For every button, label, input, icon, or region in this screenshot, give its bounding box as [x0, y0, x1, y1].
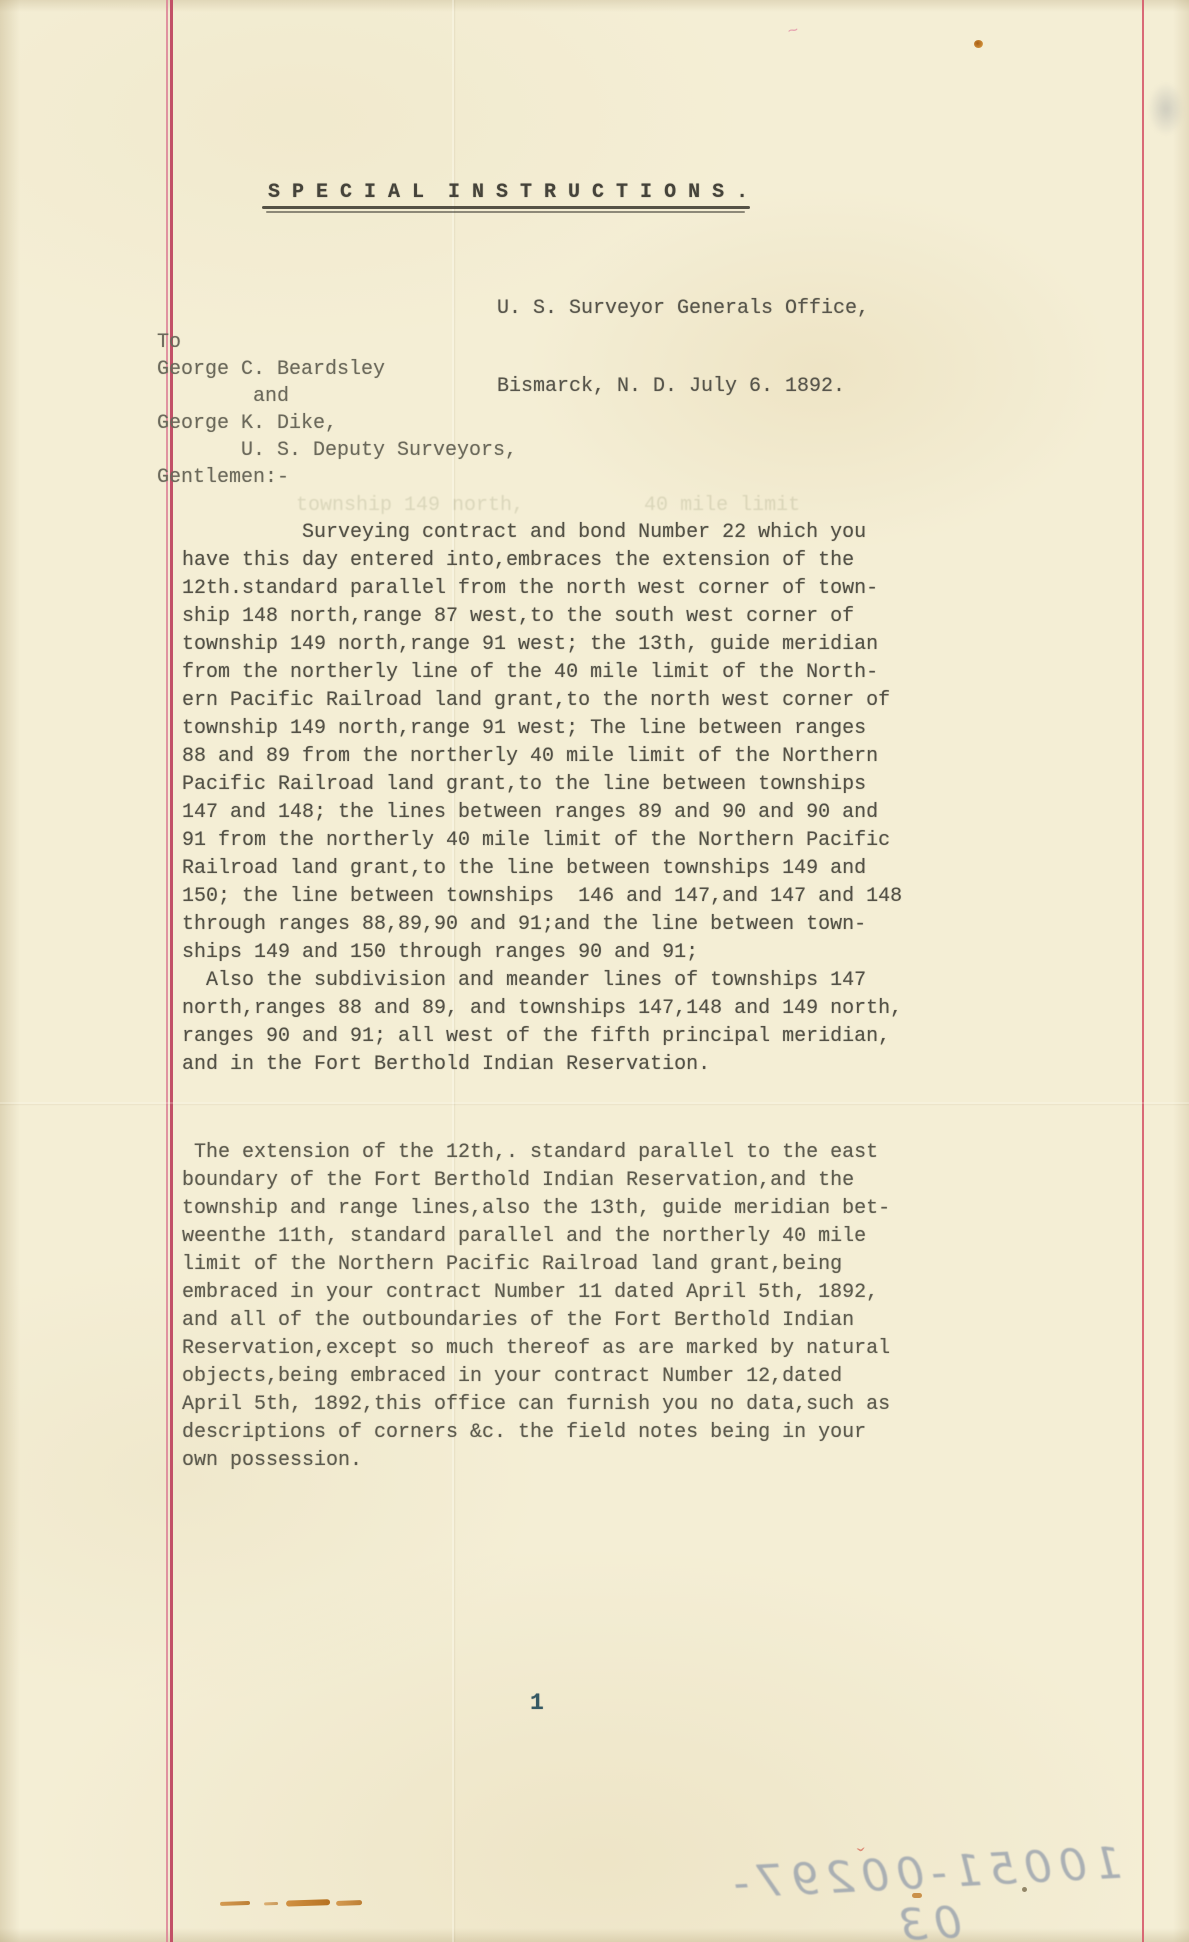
- text-line: Also the subdivision and meander lines o…: [182, 967, 902, 995]
- text-line: 12th.standard parallel from the north we…: [182, 575, 902, 603]
- rust-streak: [220, 1890, 390, 1912]
- text-line: 150; the line between townships 146 and …: [182, 883, 902, 911]
- text-line: boundary of the Fort Berthold Indian Res…: [182, 1167, 890, 1195]
- left-margin-rule-inner: [170, 0, 173, 1942]
- text-line: township 149 north,range 91 west; The li…: [182, 715, 902, 743]
- rust-streak-segment: [336, 1900, 362, 1906]
- text-line: Surveying contract and bond Number 22 wh…: [182, 519, 902, 547]
- text-line: Pacific Railroad land grant,to the line …: [182, 771, 902, 799]
- title-underline-second-stroke: [266, 211, 745, 213]
- ink-speck: [1022, 1887, 1027, 1892]
- bleed-through-ghost-text: township 149 north, 40 mile limit: [296, 494, 800, 517]
- text-line: ship 148 north,range 87 west,to the sout…: [182, 603, 902, 631]
- body-paragraph-2: The extension of the 12th,. standard par…: [182, 1139, 890, 1475]
- text-line: through ranges 88,89,90 and 91;and the l…: [182, 911, 902, 939]
- pink-mark: ~: [786, 21, 801, 43]
- text-line: north,ranges 88 and 89, and townships 14…: [182, 995, 902, 1023]
- text-line: The extension of the 12th,. standard par…: [182, 1139, 890, 1167]
- pink-check-mark: ˇ: [853, 1845, 871, 1874]
- text-line: 88 and 89 from the northerly 40 mile lim…: [182, 743, 902, 771]
- text-line: Reservation,except so much thereof as ar…: [182, 1335, 890, 1363]
- text-line: have this day entered into,embraces the …: [182, 547, 902, 575]
- text-line: Gentlemen:-: [157, 464, 517, 491]
- text-line: and all of the outboundaries of the Fort…: [182, 1307, 890, 1335]
- text-line: limit of the Northern Pacific Railroad l…: [182, 1251, 890, 1279]
- rust-streak-segment: [220, 1901, 250, 1906]
- mirrored-handwritten-number: 10051-00297-03: [698, 1836, 1152, 1939]
- left-margin-rule-outer: [166, 0, 168, 1942]
- text-line: township and range lines,also the 13th, …: [182, 1195, 890, 1223]
- document-title: S P E C I A L I N S T R U C T I O N S .: [268, 181, 748, 204]
- text-line: Railroad land grant,to the line between …: [182, 855, 902, 883]
- office-dateline: U. S. Surveyor Generals Office, Bismarck…: [497, 244, 869, 452]
- text-line: 91 from the northerly 40 mile limit of t…: [182, 827, 902, 855]
- text-line: April 5th, 1892,this office can furnish …: [182, 1391, 890, 1419]
- text-line: weenthe 11th, standard parallel and the …: [182, 1223, 890, 1251]
- addressee-block: ToGeorge C. Beardsley andGeorge K. Dike,…: [157, 329, 517, 491]
- rust-spot: [974, 40, 983, 48]
- right-margin-rule: [1142, 0, 1144, 1942]
- text-line: ern Pacific Railroad land grant,to the n…: [182, 687, 902, 715]
- text-line: U. S. Deputy Surveyors,: [157, 437, 517, 464]
- text-line: and: [157, 383, 517, 410]
- text-line: To: [157, 329, 517, 356]
- text-line: objects,being embraced in your contract …: [182, 1363, 890, 1391]
- text-line: from the northerly line of the 40 mile l…: [182, 659, 902, 687]
- office-place-date: Bismarck, N. D. July 6. 1892.: [497, 374, 869, 400]
- horizontal-fold-crease: [0, 1102, 1189, 1104]
- text-line: George C. Beardsley: [157, 356, 517, 383]
- document-page: township 149 north, 40 mile limit S P E …: [0, 0, 1189, 1942]
- text-line: embraced in your contract Number 11 date…: [182, 1279, 890, 1307]
- rust-spot-small: [912, 1893, 922, 1898]
- text-line: own possession.: [182, 1447, 890, 1475]
- text-line: township 149 north,range 91 west; the 13…: [182, 631, 902, 659]
- title-underline: [262, 206, 750, 209]
- rust-streak-segment: [264, 1902, 278, 1905]
- text-line: ranges 90 and 91; all west of the fifth …: [182, 1023, 902, 1051]
- rust-streak-segment: [286, 1899, 330, 1907]
- pencil-smudge: [1148, 82, 1184, 136]
- text-line: descriptions of corners &c. the field no…: [182, 1419, 890, 1447]
- text-line: 147 and 148; the lines between ranges 89…: [182, 799, 902, 827]
- text-line: and in the Fort Berthold Indian Reservat…: [182, 1051, 902, 1079]
- text-line: George K. Dike,: [157, 410, 517, 437]
- page-number: 1: [530, 1690, 544, 1716]
- text-line: ships 149 and 150 through ranges 90 and …: [182, 939, 902, 967]
- body-paragraph-1: Surveying contract and bond Number 22 wh…: [182, 519, 902, 1079]
- office-name: U. S. Surveyor Generals Office,: [497, 296, 869, 322]
